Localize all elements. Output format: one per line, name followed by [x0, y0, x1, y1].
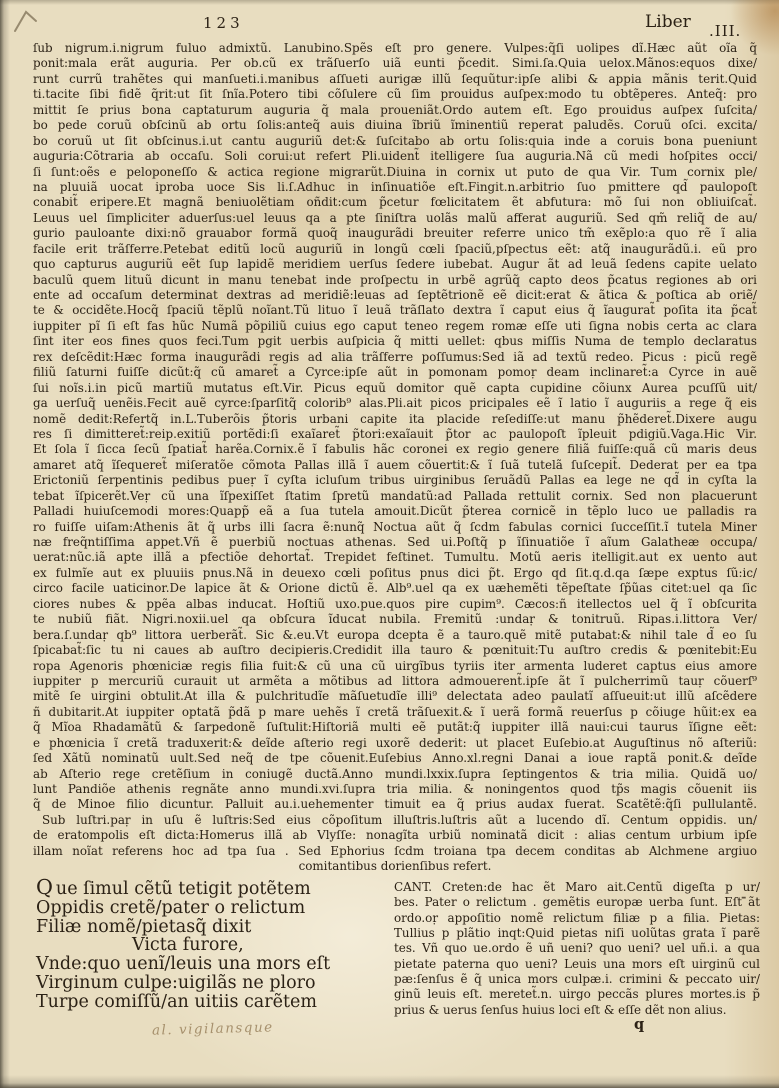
- text-line: quo capturus auguriũ eẽt ſup lapidẽ meri…: [33, 257, 757, 272]
- text-line: Erictoniũ ſerpentinis pedibus pueṛ ĩ cyſ…: [33, 473, 757, 488]
- text-line: te nubiũ fiãt. Nigri.noxii.uel qa obſcur…: [33, 612, 757, 627]
- text-line: ex fulmĩe aut ex pluuiis pnus.Nã in deue…: [33, 566, 757, 581]
- verse-line: Que ſimul cẽtũ tetigit potẽtem: [36, 878, 388, 899]
- margin-dash-mark: -: [741, 890, 746, 905]
- text-line: na pluuiã uocat iproba uoce Sis li.ſ.Adh…: [33, 180, 757, 195]
- verse-line: Turpe comiſſũ/an uitiis carẽtem: [36, 993, 388, 1012]
- text-line: ſpicabat̃:ſic tu ni caues ab auſtro deci…: [33, 643, 757, 658]
- book-numeral: .III.: [709, 22, 741, 40]
- handwritten-annotation: al. vigilansque: [152, 1019, 274, 1038]
- text-line: filiũ ſaturni fuiſſe dicũt:q̃ cũ amaret̃…: [33, 365, 757, 380]
- text-line: pæ:ſenſus ẽ q̃ unica mors culpæ.i. crimi…: [394, 972, 760, 987]
- text-line: Palladi huiuſcemodi mores:Quapp̃ eã a ſu…: [33, 504, 757, 519]
- commentary-text-block: ſub nigrum.i.nigrum fuluo admixtũ. Lanub…: [33, 41, 757, 875]
- text-line: ñ dubitarit.At iuppiter optatã p̃dã p ma…: [33, 705, 757, 720]
- verse-line: Vnde:quo uenĩ/leuis una mors eſt: [36, 955, 388, 974]
- text-line: ponit:mala erãt auguria. Per ob.cũ ex tr…: [33, 56, 757, 71]
- text-line: mitẽ ſe uirgini obtulit.At illa & pulchr…: [33, 689, 757, 704]
- text-line: q̃ de Minoe filio dicuntur. Palluit au.i…: [33, 797, 757, 812]
- verse-line: Filiæ nomẽ/pietasq̃ dixit: [36, 918, 388, 937]
- text-line: prius & uerus ſenſus huius loci eſt & eſ…: [394, 1003, 760, 1018]
- text-line: ciores nubes & ppẽa albas inducat. Hoſti…: [33, 597, 757, 612]
- text-line: circo facile uaticinor.De lapice ãt & Or…: [33, 581, 757, 596]
- text-line: ente ad occaſum determinat dextras ad me…: [33, 288, 757, 303]
- text-line: bera.ſ.undaṛ qb⁹ littora uerberãt̃. Sic …: [33, 628, 757, 643]
- commentary-continuation-block: CANT. Creten:de hac ẽt Maro ait.Centũ di…: [394, 880, 760, 1018]
- text-line: de eratompolis eſt dicta:Homerus illã ab…: [33, 828, 757, 843]
- text-line: ga uerſuq̃ uenẽis.Fecit auẽ cyrce:ſparſi…: [33, 396, 757, 411]
- text-line: ginũ leuis eſt. meretet̃.n. uirgo peccãs…: [394, 987, 760, 1002]
- text-line: e phœnicia ĩ cretã traduxerit:& deĩde aſ…: [33, 736, 757, 751]
- text-line: Sub luſtri.paṛ in uſu ẽ luſtris:Sed eius…: [33, 813, 757, 828]
- text-line: facile erit trãſferre.Petebat editũ locũ…: [33, 242, 757, 257]
- text-line: tebat ĩſpicerẽt.Veṛ cũ una ĩſpexiſſet ſt…: [33, 489, 757, 504]
- text-line: uerat:nũc.iã apte illã a pfectiõe dehort…: [33, 550, 757, 565]
- text-line: bo pede coruũ obſcinũ ab ortu ſolis:ante…: [33, 118, 757, 133]
- text-line: ab Aſterio rege cretẽſium in coniugẽ duc…: [33, 767, 757, 782]
- text-line: tes. Vñ quo ue.ordo ẽ uñ ueni? quo ueni?…: [394, 941, 760, 956]
- text-line: res ſi dimitteret̃:reip.exitiũ portẽdi:ſ…: [33, 427, 757, 442]
- text-line: bo coruũ ut ſit obſcinus.i.ut cantu augu…: [33, 134, 757, 149]
- text-line: rex deſcẽdit:Hæc forma inaugurãdi regis …: [33, 350, 757, 365]
- text-line: auguria:Cõtraria ab occaſu. Soli corui:u…: [33, 149, 757, 164]
- book-page-scan: 123 Liber .III. ſub nigrum.i.nigrum fulu…: [0, 0, 779, 1088]
- text-line: ſub nigrum.i.nigrum fuluo admixtũ. Lanub…: [33, 41, 757, 56]
- text-line: baculũ quem lituũ dicunt in manu tenebat…: [33, 273, 757, 288]
- text-line: te & occidẽte.Hocq̃ ſpaciũ tẽplũ noĩant.…: [33, 303, 757, 318]
- text-line: Tullius p plãtio inqt:Quid pietas niſi u…: [394, 926, 760, 941]
- verse-line: Oppidis cretẽ/pater o relictum: [36, 899, 388, 918]
- text-line: lunt Pandiõe athenis regnãte anno mundi.…: [33, 782, 757, 797]
- verse-line: Victa furore,: [36, 936, 388, 955]
- text-line: gurio pauloante dixi:nõ grauabor formã q…: [33, 226, 757, 241]
- text-line: iuppiter p mercuriũ curauit ut armẽta a …: [33, 674, 757, 689]
- signature-mark: q: [634, 1016, 644, 1033]
- text-line: næ freq̃ntiſſima appet.Vñ ẽ puerbiũ noct…: [33, 535, 757, 550]
- text-line: illam noĩat referens hoc ad tpa ſua . Se…: [33, 844, 757, 859]
- text-line: CANT. Creten:de hac ẽt Maro ait.Centũ di…: [394, 880, 760, 895]
- text-line: comitantibus dorienſibus refert.: [33, 859, 757, 874]
- text-line: ordo.oṛ appoſitio nomẽ relictum filiæ p …: [394, 911, 760, 926]
- text-line: conabit̃ eripere.Et magnã beniuolẽtiam o…: [33, 195, 757, 210]
- text-line: amaret atq̃ ĩſequeret̃ miſeratõe cõmota …: [33, 458, 757, 473]
- running-title: Liber: [645, 12, 691, 32]
- text-line: iuppiter pĩ ſi eſt fas hũc Numã põpiliũ …: [33, 319, 757, 334]
- text-line: ti.tacite ſibi fidẽ q̃rit:ut ſit ſnĩa.Po…: [33, 87, 757, 102]
- text-line: ropa Agenoris phœniciæ regis filia fuit:…: [33, 659, 757, 674]
- text-line: ſui noĩs.i.in picũ martiũ mutatus eſt.Vi…: [33, 381, 757, 396]
- text-line: Et ſola ĩ ſicca ſecũ ſpatiat̃ harẽa.Corn…: [33, 442, 757, 457]
- text-line: runt currũ trahẽtes qui manſueti.i.manib…: [33, 72, 757, 87]
- folio-number: 123: [203, 14, 244, 32]
- text-line: q̃ Mĩoa Rhadamãtũ & ſarpedonẽ ſuſtulit:H…: [33, 720, 757, 735]
- text-line: Leuus uel ſimpliciter aduerſus:uel leuus…: [33, 211, 757, 226]
- verse-quotation-block: Que ſimul cẽtũ tetigit potẽtemOppidis cr…: [36, 878, 388, 1012]
- pencil-mark-icon: [12, 8, 42, 34]
- text-line: bes. Pater o relictum . gemẽtis europæ u…: [394, 895, 760, 910]
- text-line: pietate paterna quo ueni? Leuis una mors…: [394, 957, 760, 972]
- verse-line: Virginum culpe:uigilãs ne ploro: [36, 974, 388, 993]
- text-line: nomẽ dedit:Refertq̃ in.L.Tuberõis p̃tori…: [33, 412, 757, 427]
- text-line: mittit ſe prius bona captaturum auguria …: [33, 103, 757, 118]
- text-line: ſed Xãtũ nominatũ uult.Sed neq̃ de tpe c…: [33, 751, 757, 766]
- text-line: ſi ſunt:oẽs e peloponeſſo & actica regio…: [33, 165, 757, 180]
- text-line: ro fuiſſe uiſam:Athenis ãt q̃ urbs illi …: [33, 520, 757, 535]
- text-line: ſint iter eos fines quos feci.Tum pgit u…: [33, 334, 757, 349]
